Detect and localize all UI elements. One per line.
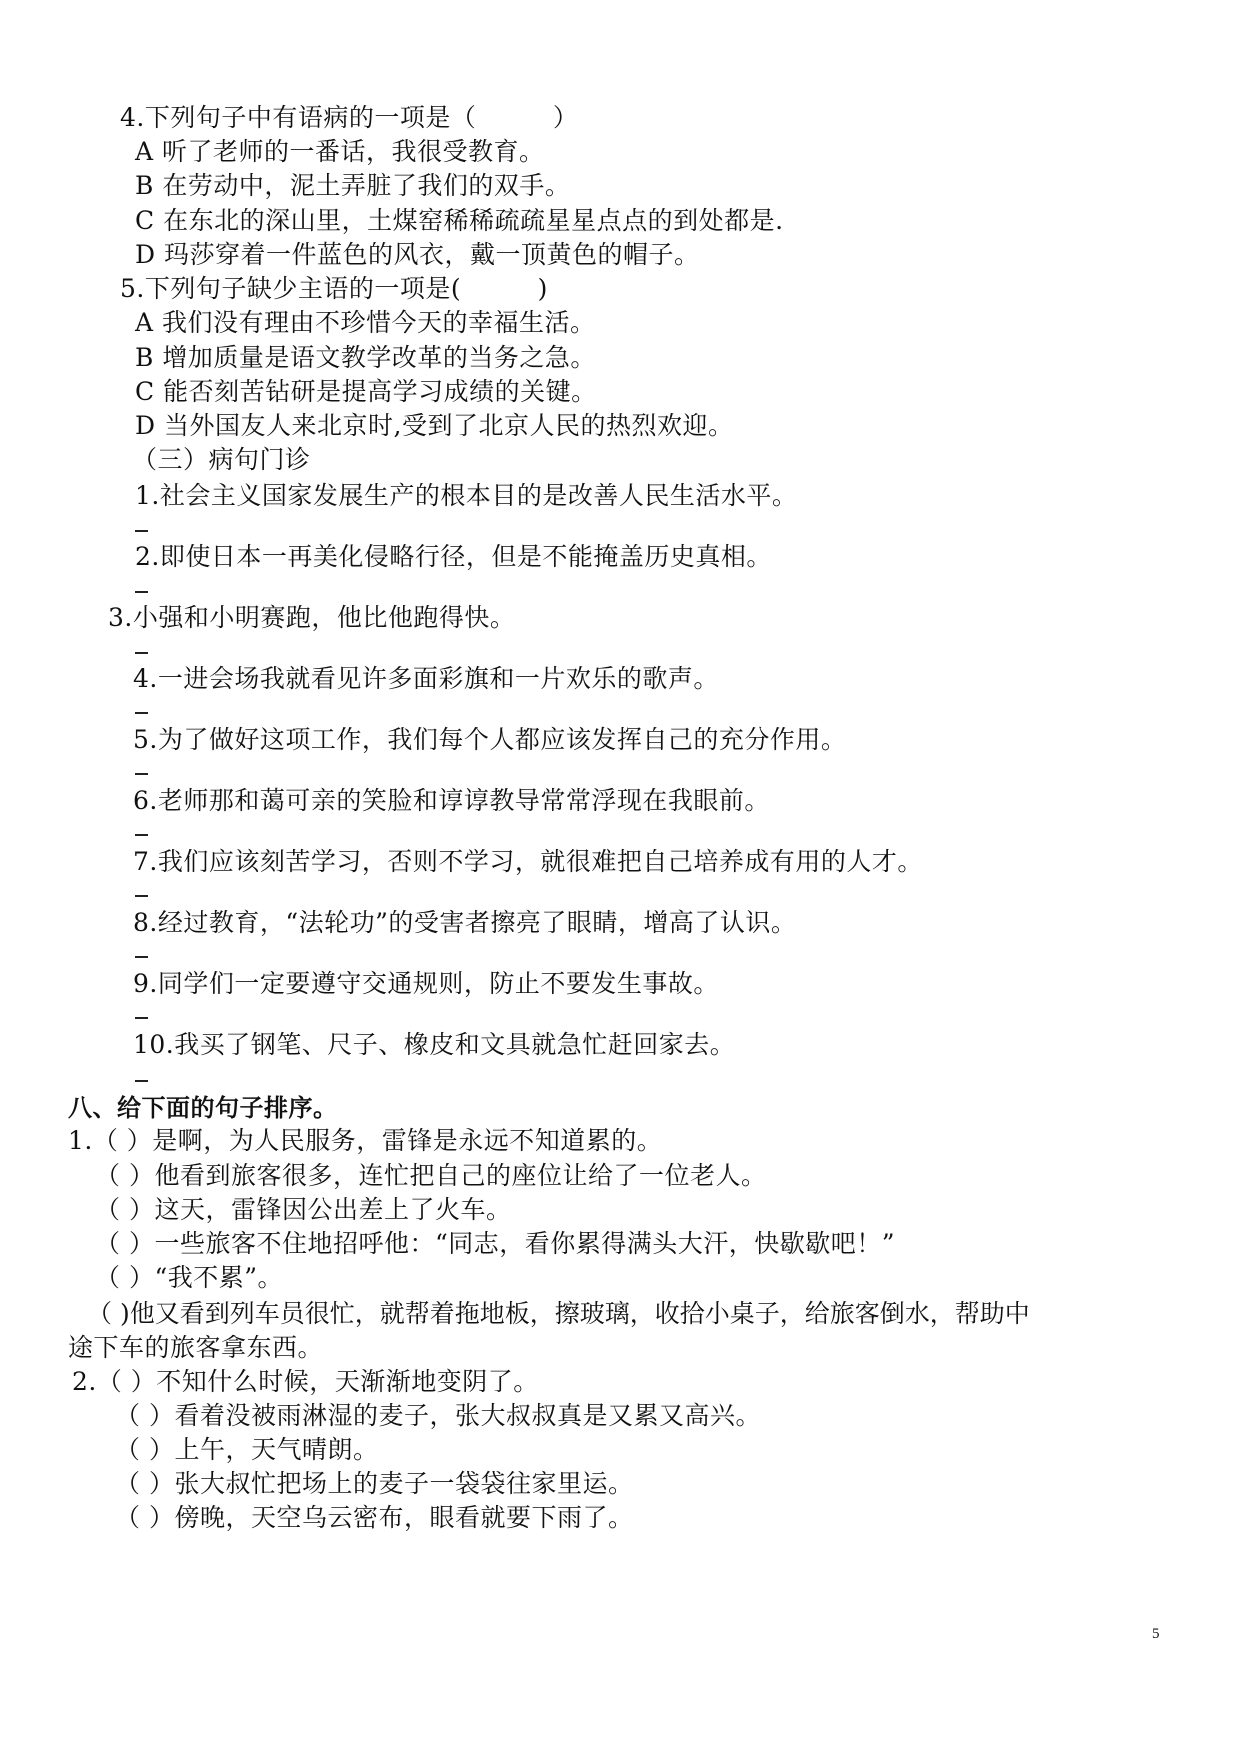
- section-3-title: （三）病句门诊: [132, 444, 311, 476]
- question-5-option-d: D 当外国友人来北京时,受到了北京人民的热烈欢迎。: [135, 410, 733, 442]
- question-5-option-a: A 我们没有理由不珍惜今天的幸福生活。: [135, 307, 596, 339]
- answer-blank: [135, 773, 148, 775]
- answer-blank: [135, 834, 148, 836]
- question-4-stem: 4.下列句子中有语病的一项是（ ）: [120, 102, 578, 134]
- answer-blank: [135, 530, 148, 532]
- sick-sentence-2: 2.即使日本一再美化侵略行径，但是不能掩盖历史真相。: [135, 541, 772, 573]
- answer-blank: [135, 895, 148, 897]
- answer-blank: [135, 1080, 148, 1082]
- answer-blank: [135, 652, 148, 654]
- question-4-option-c: C 在东北的深山里，土煤窑稀稀疏疏星星点点的到处都是.: [135, 205, 784, 237]
- question-4-option-a: A 听了老师的一番话，我很受教育。: [135, 136, 545, 168]
- ordering-2-item: （ ）张大叔忙把场上的麦子一袋袋往家里运。: [115, 1468, 633, 1500]
- ordering-1-item: （ ）一些旅客不住地招呼他：“同志，看你累得满头大汗，快歇歇吧！”: [95, 1228, 895, 1260]
- ordering-1-item-continued: 途下车的旅客拿东西。: [68, 1332, 323, 1364]
- ordering-2-item: 2.（ ）不知什么时候，天渐渐地变阴了。: [72, 1366, 539, 1398]
- ordering-1-item: （ ）这天，雷锋因公出差上了火车。: [95, 1194, 511, 1226]
- ordering-2-item: （ ）傍晚，天空乌云密布，眼看就要下雨了。: [115, 1502, 633, 1534]
- sick-sentence-7: 7.我们应该刻苦学习，否则不学习，就很难把自己培养成有用的人才。: [133, 846, 923, 878]
- sick-sentence-10: 10.我买了钢笔、尺子、橡皮和文具就急忙赶回家去。: [133, 1029, 735, 1061]
- question-5-stem: 5.下列句子缺少主语的一项是( ): [120, 273, 548, 305]
- answer-blank: [135, 712, 148, 714]
- sick-sentence-8: 8.经过教育，“法轮功”的受害者擦亮了眼睛，增高了认识。: [133, 907, 796, 939]
- ordering-1-item: （ )他又看到列车员很忙，就帮着拖地板，擦玻璃，收拾小桌子，给旅客倒水，帮助中: [87, 1298, 1030, 1330]
- section-8-title: 八、给下面的句子排序。: [68, 1092, 338, 1124]
- sick-sentence-4: 4.一进会场我就看见许多面彩旗和一片欢乐的歌声。: [133, 663, 719, 695]
- sick-sentence-1: 1.社会主义国家发展生产的根本目的是改善人民生活水平。: [135, 480, 797, 512]
- ordering-1-item: （ ）“我不累”。: [95, 1262, 283, 1294]
- answer-blank: [135, 956, 148, 958]
- sick-sentence-5: 5.为了做好这项工作，我们每个人都应该发挥自己的充分作用。: [133, 724, 846, 756]
- question-4-option-d: D 玛莎穿着一件蓝色的风衣，戴一顶黄色的帽子。: [135, 239, 700, 271]
- question-4-option-b: B 在劳动中，泥土弄脏了我们的双手。: [135, 170, 570, 202]
- sick-sentence-6: 6.老师那和蔼可亲的笑脸和谆谆教导常常浮现在我眼前。: [133, 785, 770, 817]
- page-number: 5: [1152, 1626, 1160, 1643]
- ordering-2-item: （ ）看着没被雨淋湿的麦子，张大叔叔真是又累又高兴。: [115, 1400, 761, 1432]
- question-5-option-b: B 增加质量是语文教学改革的当务之急。: [135, 342, 596, 374]
- sick-sentence-3: 3.小强和小明赛跑，他比他跑得快。: [108, 602, 515, 634]
- ordering-1-item: 1.（ ）是啊，为人民服务，雷锋是永远不知道累的。: [68, 1125, 662, 1157]
- ordering-2-item: （ ）上午，天气晴朗。: [115, 1434, 378, 1466]
- question-5-option-c: C 能否刻苦钻研是提高学习成绩的关键。: [135, 376, 597, 408]
- sick-sentence-9: 9.同学们一定要遵守交通规则，防止不要发生事故。: [133, 968, 719, 1000]
- answer-blank: [135, 1017, 148, 1019]
- ordering-1-item: （ ）他看到旅客很多，连忙把自己的座位让给了一位老人。: [95, 1160, 766, 1192]
- answer-blank: [135, 591, 148, 593]
